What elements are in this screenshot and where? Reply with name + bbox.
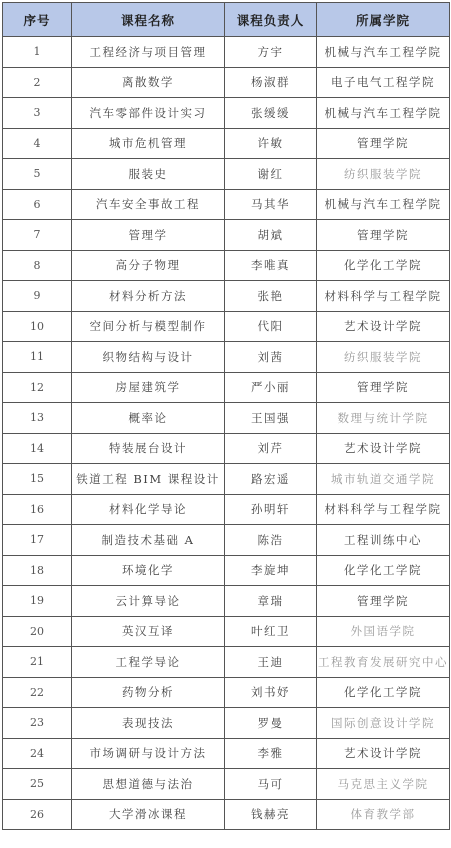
- cell-course-name: 英汉互译: [72, 616, 225, 647]
- cell-course-name: 制造技术基础 A: [72, 525, 225, 556]
- cell-course-name: 概率论: [72, 403, 225, 434]
- cell-college: 马克思主义学院: [317, 769, 450, 800]
- cell-college: 艺术设计学院: [317, 738, 450, 769]
- table-row: 5服装史谢红纺织服装学院: [3, 159, 450, 190]
- cell-course-lead: 马其华: [225, 189, 317, 220]
- cell-course-lead: 王国强: [225, 403, 317, 434]
- cell-college: 管理学院: [317, 128, 450, 159]
- cell-college: 管理学院: [317, 220, 450, 251]
- cell-no: 11: [3, 342, 72, 373]
- cell-no: 2: [3, 67, 72, 98]
- cell-no: 17: [3, 525, 72, 556]
- cell-no: 8: [3, 250, 72, 281]
- cell-no: 22: [3, 677, 72, 708]
- table-row: 3汽车零部件设计实习张缓缓机械与汽车工程学院: [3, 98, 450, 129]
- cell-course-name: 织物结构与设计: [72, 342, 225, 373]
- cell-college: 工程训练中心: [317, 525, 450, 556]
- cell-course-name: 工程经济与项目管理: [72, 37, 225, 68]
- cell-course-name: 特装展台设计: [72, 433, 225, 464]
- cell-course-lead: 谢红: [225, 159, 317, 190]
- cell-college: 机械与汽车工程学院: [317, 189, 450, 220]
- cell-course-lead: 孙明轩: [225, 494, 317, 525]
- cell-college: 管理学院: [317, 372, 450, 403]
- cell-no: 4: [3, 128, 72, 159]
- cell-college: 数理与统计学院: [317, 403, 450, 434]
- table-row: 4城市危机管理许敏管理学院: [3, 128, 450, 159]
- cell-course-lead: 钱赫亮: [225, 799, 317, 830]
- cell-course-lead: 刘书妤: [225, 677, 317, 708]
- cell-course-lead: 叶红卫: [225, 616, 317, 647]
- cell-college: 工程教育发展研究中心: [317, 647, 450, 678]
- cell-course-name: 药物分析: [72, 677, 225, 708]
- table-row: 21工程学导论王迪工程教育发展研究中心: [3, 647, 450, 678]
- cell-college: 化学化工学院: [317, 250, 450, 281]
- cell-course-lead: 严小丽: [225, 372, 317, 403]
- cell-no: 15: [3, 464, 72, 495]
- cell-course-lead: 李唯真: [225, 250, 317, 281]
- header-course-lead: 课程负责人: [225, 3, 317, 37]
- cell-course-lead: 王迪: [225, 647, 317, 678]
- cell-course-name: 管理学: [72, 220, 225, 251]
- cell-college: 机械与汽车工程学院: [317, 37, 450, 68]
- cell-course-name: 汽车零部件设计实习: [72, 98, 225, 129]
- cell-college: 艺术设计学院: [317, 433, 450, 464]
- cell-course-lead: 马可: [225, 769, 317, 800]
- cell-no: 9: [3, 281, 72, 312]
- cell-course-name: 房屋建筑学: [72, 372, 225, 403]
- cell-college: 电子电气工程学院: [317, 67, 450, 98]
- header-college: 所属学院: [317, 3, 450, 37]
- header-course-name: 课程名称: [72, 3, 225, 37]
- cell-course-lead: 张缓缓: [225, 98, 317, 129]
- cell-no: 24: [3, 738, 72, 769]
- header-no: 序号: [3, 3, 72, 37]
- table-row: 17制造技术基础 A陈浩工程训练中心: [3, 525, 450, 556]
- cell-course-name: 服装史: [72, 159, 225, 190]
- cell-college: 艺术设计学院: [317, 311, 450, 342]
- cell-college: 材料科学与工程学院: [317, 494, 450, 525]
- cell-course-lead: 胡斌: [225, 220, 317, 251]
- cell-college: 城市轨道交通学院: [317, 464, 450, 495]
- cell-college: 纺织服装学院: [317, 159, 450, 190]
- table-body: 1工程经济与项目管理方宇机械与汽车工程学院2离散数学杨淑群电子电气工程学院3汽车…: [3, 37, 450, 830]
- table-row: 7管理学胡斌管理学院: [3, 220, 450, 251]
- cell-course-name: 材料化学导论: [72, 494, 225, 525]
- table-row: 2离散数学杨淑群电子电气工程学院: [3, 67, 450, 98]
- cell-course-lead: 许敏: [225, 128, 317, 159]
- cell-course-name: 表现技法: [72, 708, 225, 739]
- cell-course-name: 铁道工程 BIM 课程设计: [72, 464, 225, 495]
- cell-course-name: 材料分析方法: [72, 281, 225, 312]
- header-row: 序号 课程名称 课程负责人 所属学院: [3, 3, 450, 37]
- cell-course-name: 高分子物理: [72, 250, 225, 281]
- cell-course-lead: 章瑞: [225, 586, 317, 617]
- cell-course-lead: 李旋坤: [225, 555, 317, 586]
- cell-no: 25: [3, 769, 72, 800]
- cell-no: 1: [3, 37, 72, 68]
- cell-course-lead: 陈浩: [225, 525, 317, 556]
- table-row: 13概率论王国强数理与统计学院: [3, 403, 450, 434]
- cell-college: 化学化工学院: [317, 555, 450, 586]
- cell-no: 3: [3, 98, 72, 129]
- cell-no: 7: [3, 220, 72, 251]
- cell-no: 5: [3, 159, 72, 190]
- cell-course-name: 思想道德与法治: [72, 769, 225, 800]
- cell-course-lead: 代阳: [225, 311, 317, 342]
- cell-no: 23: [3, 708, 72, 739]
- cell-no: 10: [3, 311, 72, 342]
- course-table: 序号 课程名称 课程负责人 所属学院 1工程经济与项目管理方宇机械与汽车工程学院…: [2, 2, 450, 830]
- cell-course-lead: 张艳: [225, 281, 317, 312]
- cell-no: 18: [3, 555, 72, 586]
- cell-course-lead: 方宇: [225, 37, 317, 68]
- cell-college: 机械与汽车工程学院: [317, 98, 450, 129]
- table-row: 15铁道工程 BIM 课程设计路宏遥城市轨道交通学院: [3, 464, 450, 495]
- table-row: 9材料分析方法张艳材料科学与工程学院: [3, 281, 450, 312]
- table-row: 24市场调研与设计方法李雅艺术设计学院: [3, 738, 450, 769]
- table-row: 18环境化学李旋坤化学化工学院: [3, 555, 450, 586]
- table-row: 12房屋建筑学严小丽管理学院: [3, 372, 450, 403]
- table-header: 序号 课程名称 课程负责人 所属学院: [3, 3, 450, 37]
- table-row: 16材料化学导论孙明轩材料科学与工程学院: [3, 494, 450, 525]
- cell-no: 19: [3, 586, 72, 617]
- cell-course-lead: 李雅: [225, 738, 317, 769]
- cell-no: 13: [3, 403, 72, 434]
- cell-college: 材料科学与工程学院: [317, 281, 450, 312]
- cell-no: 16: [3, 494, 72, 525]
- cell-course-lead: 刘芹: [225, 433, 317, 464]
- cell-college: 国际创意设计学院: [317, 708, 450, 739]
- cell-college: 化学化工学院: [317, 677, 450, 708]
- table-row: 20英汉互译叶红卫外国语学院: [3, 616, 450, 647]
- cell-course-lead: 刘茜: [225, 342, 317, 373]
- cell-no: 20: [3, 616, 72, 647]
- cell-course-name: 工程学导论: [72, 647, 225, 678]
- cell-no: 6: [3, 189, 72, 220]
- table-row: 6汽车安全事故工程马其华机械与汽车工程学院: [3, 189, 450, 220]
- cell-course-name: 大学滑冰课程: [72, 799, 225, 830]
- cell-course-lead: 罗曼: [225, 708, 317, 739]
- cell-course-lead: 杨淑群: [225, 67, 317, 98]
- cell-college: 外国语学院: [317, 616, 450, 647]
- table-row: 8高分子物理李唯真化学化工学院: [3, 250, 450, 281]
- cell-college: 体育教学部: [317, 799, 450, 830]
- table-row: 22药物分析刘书妤化学化工学院: [3, 677, 450, 708]
- table-row: 14特装展台设计刘芹艺术设计学院: [3, 433, 450, 464]
- cell-course-name: 市场调研与设计方法: [72, 738, 225, 769]
- cell-course-name: 离散数学: [72, 67, 225, 98]
- cell-course-name: 城市危机管理: [72, 128, 225, 159]
- table-row: 26大学滑冰课程钱赫亮体育教学部: [3, 799, 450, 830]
- cell-course-name: 云计算导论: [72, 586, 225, 617]
- table-row: 23表现技法罗曼国际创意设计学院: [3, 708, 450, 739]
- table-row: 11织物结构与设计刘茜纺织服装学院: [3, 342, 450, 373]
- table-row: 10空间分析与模型制作代阳艺术设计学院: [3, 311, 450, 342]
- table-row: 1工程经济与项目管理方宇机械与汽车工程学院: [3, 37, 450, 68]
- cell-course-name: 空间分析与模型制作: [72, 311, 225, 342]
- cell-course-lead: 路宏遥: [225, 464, 317, 495]
- cell-college: 纺织服装学院: [317, 342, 450, 373]
- cell-course-name: 汽车安全事故工程: [72, 189, 225, 220]
- cell-no: 12: [3, 372, 72, 403]
- cell-no: 26: [3, 799, 72, 830]
- table-row: 25思想道德与法治马可马克思主义学院: [3, 769, 450, 800]
- cell-course-name: 环境化学: [72, 555, 225, 586]
- table-row: 19云计算导论章瑞管理学院: [3, 586, 450, 617]
- cell-no: 14: [3, 433, 72, 464]
- cell-college: 管理学院: [317, 586, 450, 617]
- cell-no: 21: [3, 647, 72, 678]
